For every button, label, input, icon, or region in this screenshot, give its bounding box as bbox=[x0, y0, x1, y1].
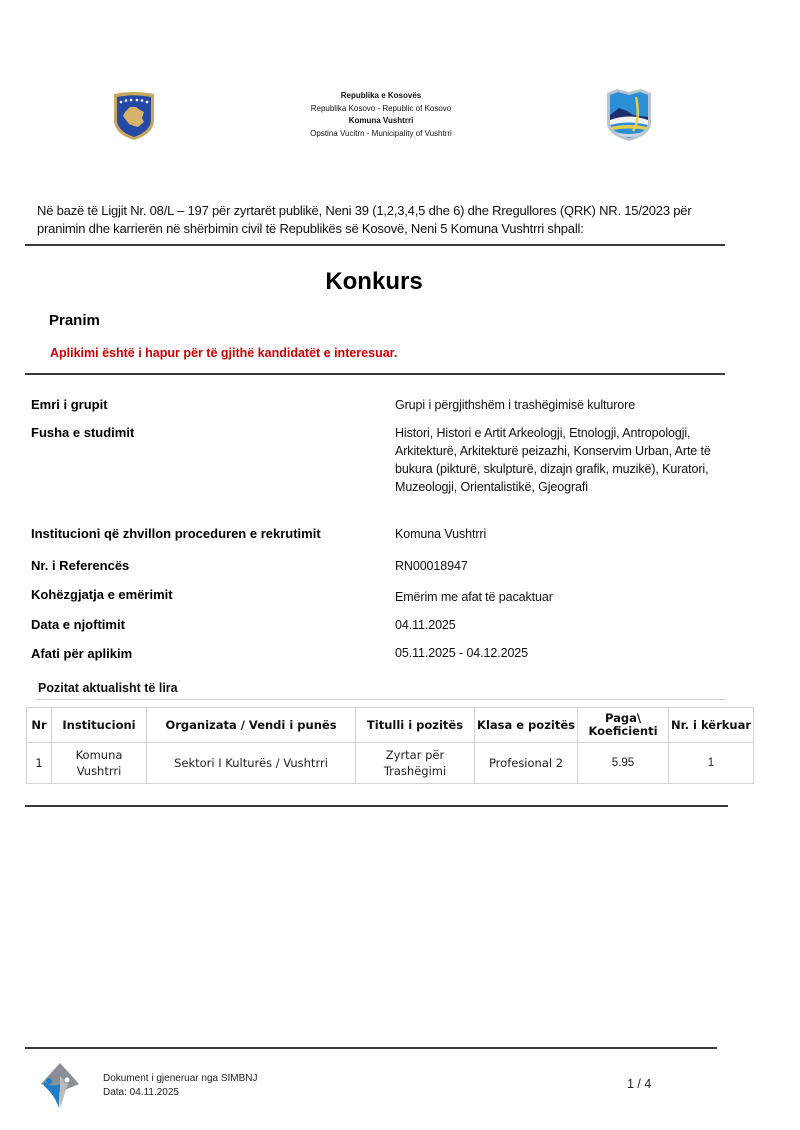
column-header-required-count: Nr. i kërkuar bbox=[669, 708, 754, 743]
page-title: Konkurs bbox=[0, 268, 748, 296]
column-header-institution: Institucioni bbox=[52, 708, 147, 743]
field-value-announcement-date: 04.11.2025 bbox=[395, 616, 715, 634]
footer-divider bbox=[25, 1047, 717, 1049]
positions-table: Nr Institucioni Organizata / Vendi i pun… bbox=[26, 707, 754, 784]
table-header-row: Nr Institucioni Organizata / Vendi i pun… bbox=[27, 708, 754, 743]
column-header-position-class: Klasa e pozitës bbox=[475, 708, 578, 743]
cell-required-count: 1 bbox=[669, 743, 754, 784]
letterhead-line-2: Republika Kosovo - Republic of Kosovo bbox=[250, 103, 512, 116]
legal-basis-paragraph: Në bazë të Ligjit Nr. 08/L – 197 për zyr… bbox=[37, 202, 737, 238]
footer-generated-by: Dokument i gjeneruar nga SIMBNJ bbox=[103, 1072, 258, 1086]
field-label-field-of-study: Fusha e studimit bbox=[31, 425, 134, 440]
column-header-position-title: Titulli i pozitës bbox=[356, 708, 475, 743]
column-header-nr: Nr bbox=[27, 708, 52, 743]
column-header-salary-coefficient: Paga\Koeficienti bbox=[578, 708, 669, 743]
field-value-institution: Komuna Vushtrri bbox=[395, 525, 715, 543]
field-label-institution: Institucioni që zhvillon proceduren e re… bbox=[31, 526, 321, 541]
cell-institution: Komuna Vushtrri bbox=[52, 743, 147, 784]
field-label-reference-number: Nr. i Referencës bbox=[31, 558, 129, 573]
letterhead: Republika e Kosovës Republika Kosovo - R… bbox=[250, 90, 512, 140]
cell-position-class: Profesional 2 bbox=[475, 743, 578, 784]
letterhead-line-1: Republika e Kosovës bbox=[250, 90, 512, 103]
announcement-type: Pranim bbox=[49, 312, 100, 329]
field-label-announcement-date: Data e njoftimit bbox=[31, 617, 125, 632]
vushtrri-emblem-icon bbox=[603, 87, 655, 143]
field-value-application-deadline: 05.11.2025 - 04.12.2025 bbox=[395, 644, 715, 662]
footer-date: Data: 04.11.2025 bbox=[103, 1086, 258, 1100]
field-label-appointment-duration: Kohëzgjatja e emërimit bbox=[31, 587, 173, 602]
field-label-application-deadline: Afati për aplikim bbox=[31, 646, 132, 661]
column-header-salary-line2: Koeficienti bbox=[588, 724, 657, 738]
cell-position-title: Zyrtar për Trashëgimi bbox=[356, 743, 475, 784]
field-value-field-of-study: Histori, Histori e Artit Arkeologji, Etn… bbox=[395, 424, 713, 496]
positions-heading: Pozitat aktualisht të lira bbox=[38, 681, 178, 695]
simbnj-logo-icon bbox=[40, 1062, 80, 1110]
column-header-salary-line1: Paga\ bbox=[605, 711, 641, 725]
eligibility-notice: Aplikimi është i hapur për të gjithë kan… bbox=[50, 346, 397, 360]
field-label-group-name: Emri i grupit bbox=[31, 397, 108, 412]
field-value-group-name: Grupi i përgjithshëm i trashëgimisë kult… bbox=[395, 396, 715, 414]
divider bbox=[25, 805, 728, 807]
footer-generated-info: Dokument i gjeneruar nga SIMBNJ Data: 04… bbox=[103, 1072, 258, 1100]
letterhead-line-4: Opstina Vucitrn - Municipality of Vushtr… bbox=[250, 128, 512, 141]
divider bbox=[25, 244, 725, 246]
cell-nr: 1 bbox=[27, 743, 52, 784]
section-divider bbox=[36, 699, 725, 700]
page-number: 1 / 4 bbox=[627, 1077, 651, 1091]
table-row: 1 Komuna Vushtrri Sektori I Kulturës / V… bbox=[27, 743, 754, 784]
field-value-appointment-duration: Emërim me afat të pacaktuar bbox=[395, 588, 715, 606]
column-header-organization: Organizata / Vendi i punës bbox=[147, 708, 356, 743]
cell-organization: Sektori I Kulturës / Vushtrri bbox=[147, 743, 356, 784]
kosovo-coat-of-arms-icon bbox=[110, 90, 158, 142]
letterhead-line-3: Komuna Vushtrri bbox=[250, 115, 512, 128]
divider bbox=[25, 373, 725, 375]
field-value-reference-number: RN00018947 bbox=[395, 557, 715, 575]
cell-salary-coefficient: 5.95 bbox=[578, 743, 669, 784]
